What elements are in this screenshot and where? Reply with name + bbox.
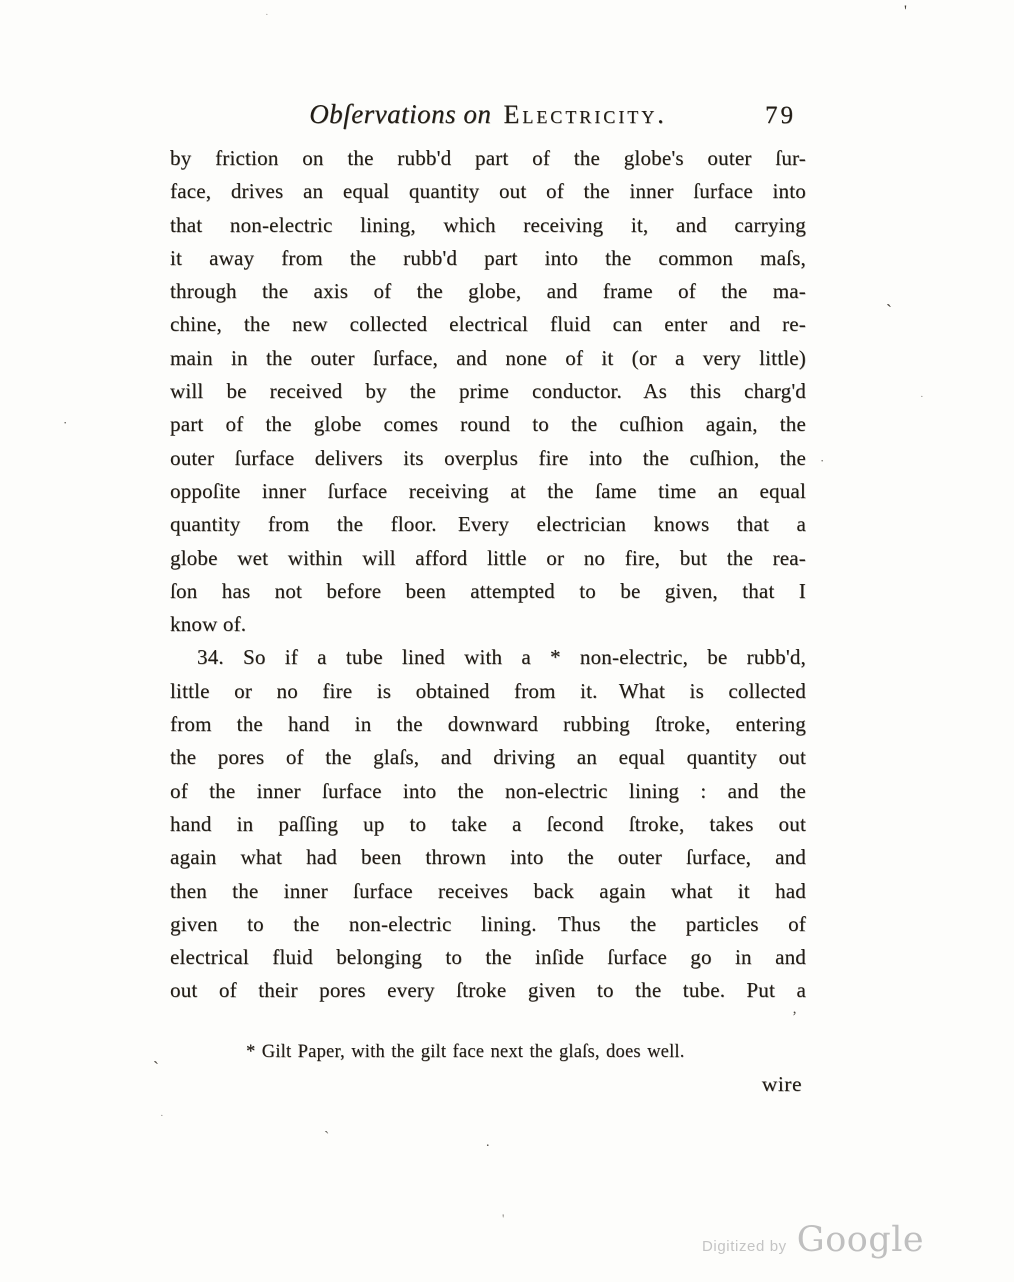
running-head-title-italic: Obſervations on xyxy=(309,99,491,129)
book-page: Obſervations onElectricity. 79 by fricti… xyxy=(0,0,1014,1282)
digitized-by-google-watermark: Digitized by Google xyxy=(702,1220,924,1260)
text-line: little or no fire is obtained from it. W… xyxy=(170,675,806,708)
scan-speck: ` xyxy=(153,1059,159,1077)
text-line: ſon has not before been attempted to be … xyxy=(170,575,806,608)
scan-speck: ` xyxy=(886,302,892,320)
text-line: globe wet within will afford little or n… xyxy=(170,542,806,575)
text-line: through the axis of the globe, and frame… xyxy=(170,275,806,308)
text-line: by friction on the rubb'd part of the gl… xyxy=(170,142,806,175)
scan-speck: · xyxy=(820,454,824,467)
text-line: electrical fluid belonging to the inſide… xyxy=(170,941,806,974)
footnote: * Gilt Paper, with the gilt face next th… xyxy=(246,1040,724,1064)
text-line: the pores of the glaſs, and driving an e… xyxy=(170,741,806,774)
scan-speck: · xyxy=(63,416,67,429)
text-line: that non-electric lining, which receivin… xyxy=(170,209,806,242)
text-line: 34. So if a tube lined with a * non-elec… xyxy=(170,641,806,674)
text-line: again what had been thrown into the oute… xyxy=(170,841,806,874)
scan-speck: ' xyxy=(904,4,907,20)
paragraph-34: 34. So if a tube lined with a * non-elec… xyxy=(170,641,806,1007)
page-number: 79 xyxy=(765,102,796,130)
page-body: by friction on the rubb'd part of the gl… xyxy=(170,142,806,1008)
google-logo: Google xyxy=(797,1220,924,1260)
running-head: Obſervations onElectricity. xyxy=(170,99,806,130)
catchword: wire xyxy=(762,1072,802,1097)
text-line: know of. xyxy=(170,608,806,641)
scan-speck: · xyxy=(160,1111,164,1122)
text-line: chine, the new collected electrical flui… xyxy=(170,308,806,341)
text-line: it away from the rubb'd part into the co… xyxy=(170,242,806,275)
text-line: will be received by the prime conductor.… xyxy=(170,375,806,408)
paragraph-34-lines: little or no fire is obtained from it. W… xyxy=(170,675,806,1008)
text-line: face, drives an equal quantity out of th… xyxy=(170,175,806,208)
text-line: oppoſite inner ſurface receiving at the … xyxy=(170,475,806,508)
text-line: part of the globe comes round to the cuſ… xyxy=(170,408,806,441)
text-line: hand in paſſing up to take a ſecond ſtro… xyxy=(170,808,806,841)
scan-speck: · xyxy=(920,392,924,403)
running-head-title-caps: Electricity. xyxy=(503,100,666,129)
paragraph-continuation: by friction on the rubb'd part of the gl… xyxy=(170,142,806,641)
watermark-prefix-text: Digitized by xyxy=(702,1238,787,1255)
text-line: quantity from the floor. Every electrici… xyxy=(170,508,806,541)
paragraph-continuation-lines: by friction on the rubb'd part of the gl… xyxy=(170,142,806,608)
text-line: then the inner ſurface receives back aga… xyxy=(170,875,806,908)
text-column: Obſervations onElectricity. 79 by fricti… xyxy=(170,0,806,1282)
text-line: main in the outer ſurface, and none of i… xyxy=(170,342,806,375)
text-line: from the hand in the downward rubbing ſt… xyxy=(170,708,806,741)
text-line: out of their pores every ſtroke given to… xyxy=(170,974,806,1007)
text-line: of the inner ſurface into the non-electr… xyxy=(170,775,806,808)
text-line: outer ſurface delivers its overplus fire… xyxy=(170,442,806,475)
text-line: given to the non-electric lining. Thus t… xyxy=(170,908,806,941)
